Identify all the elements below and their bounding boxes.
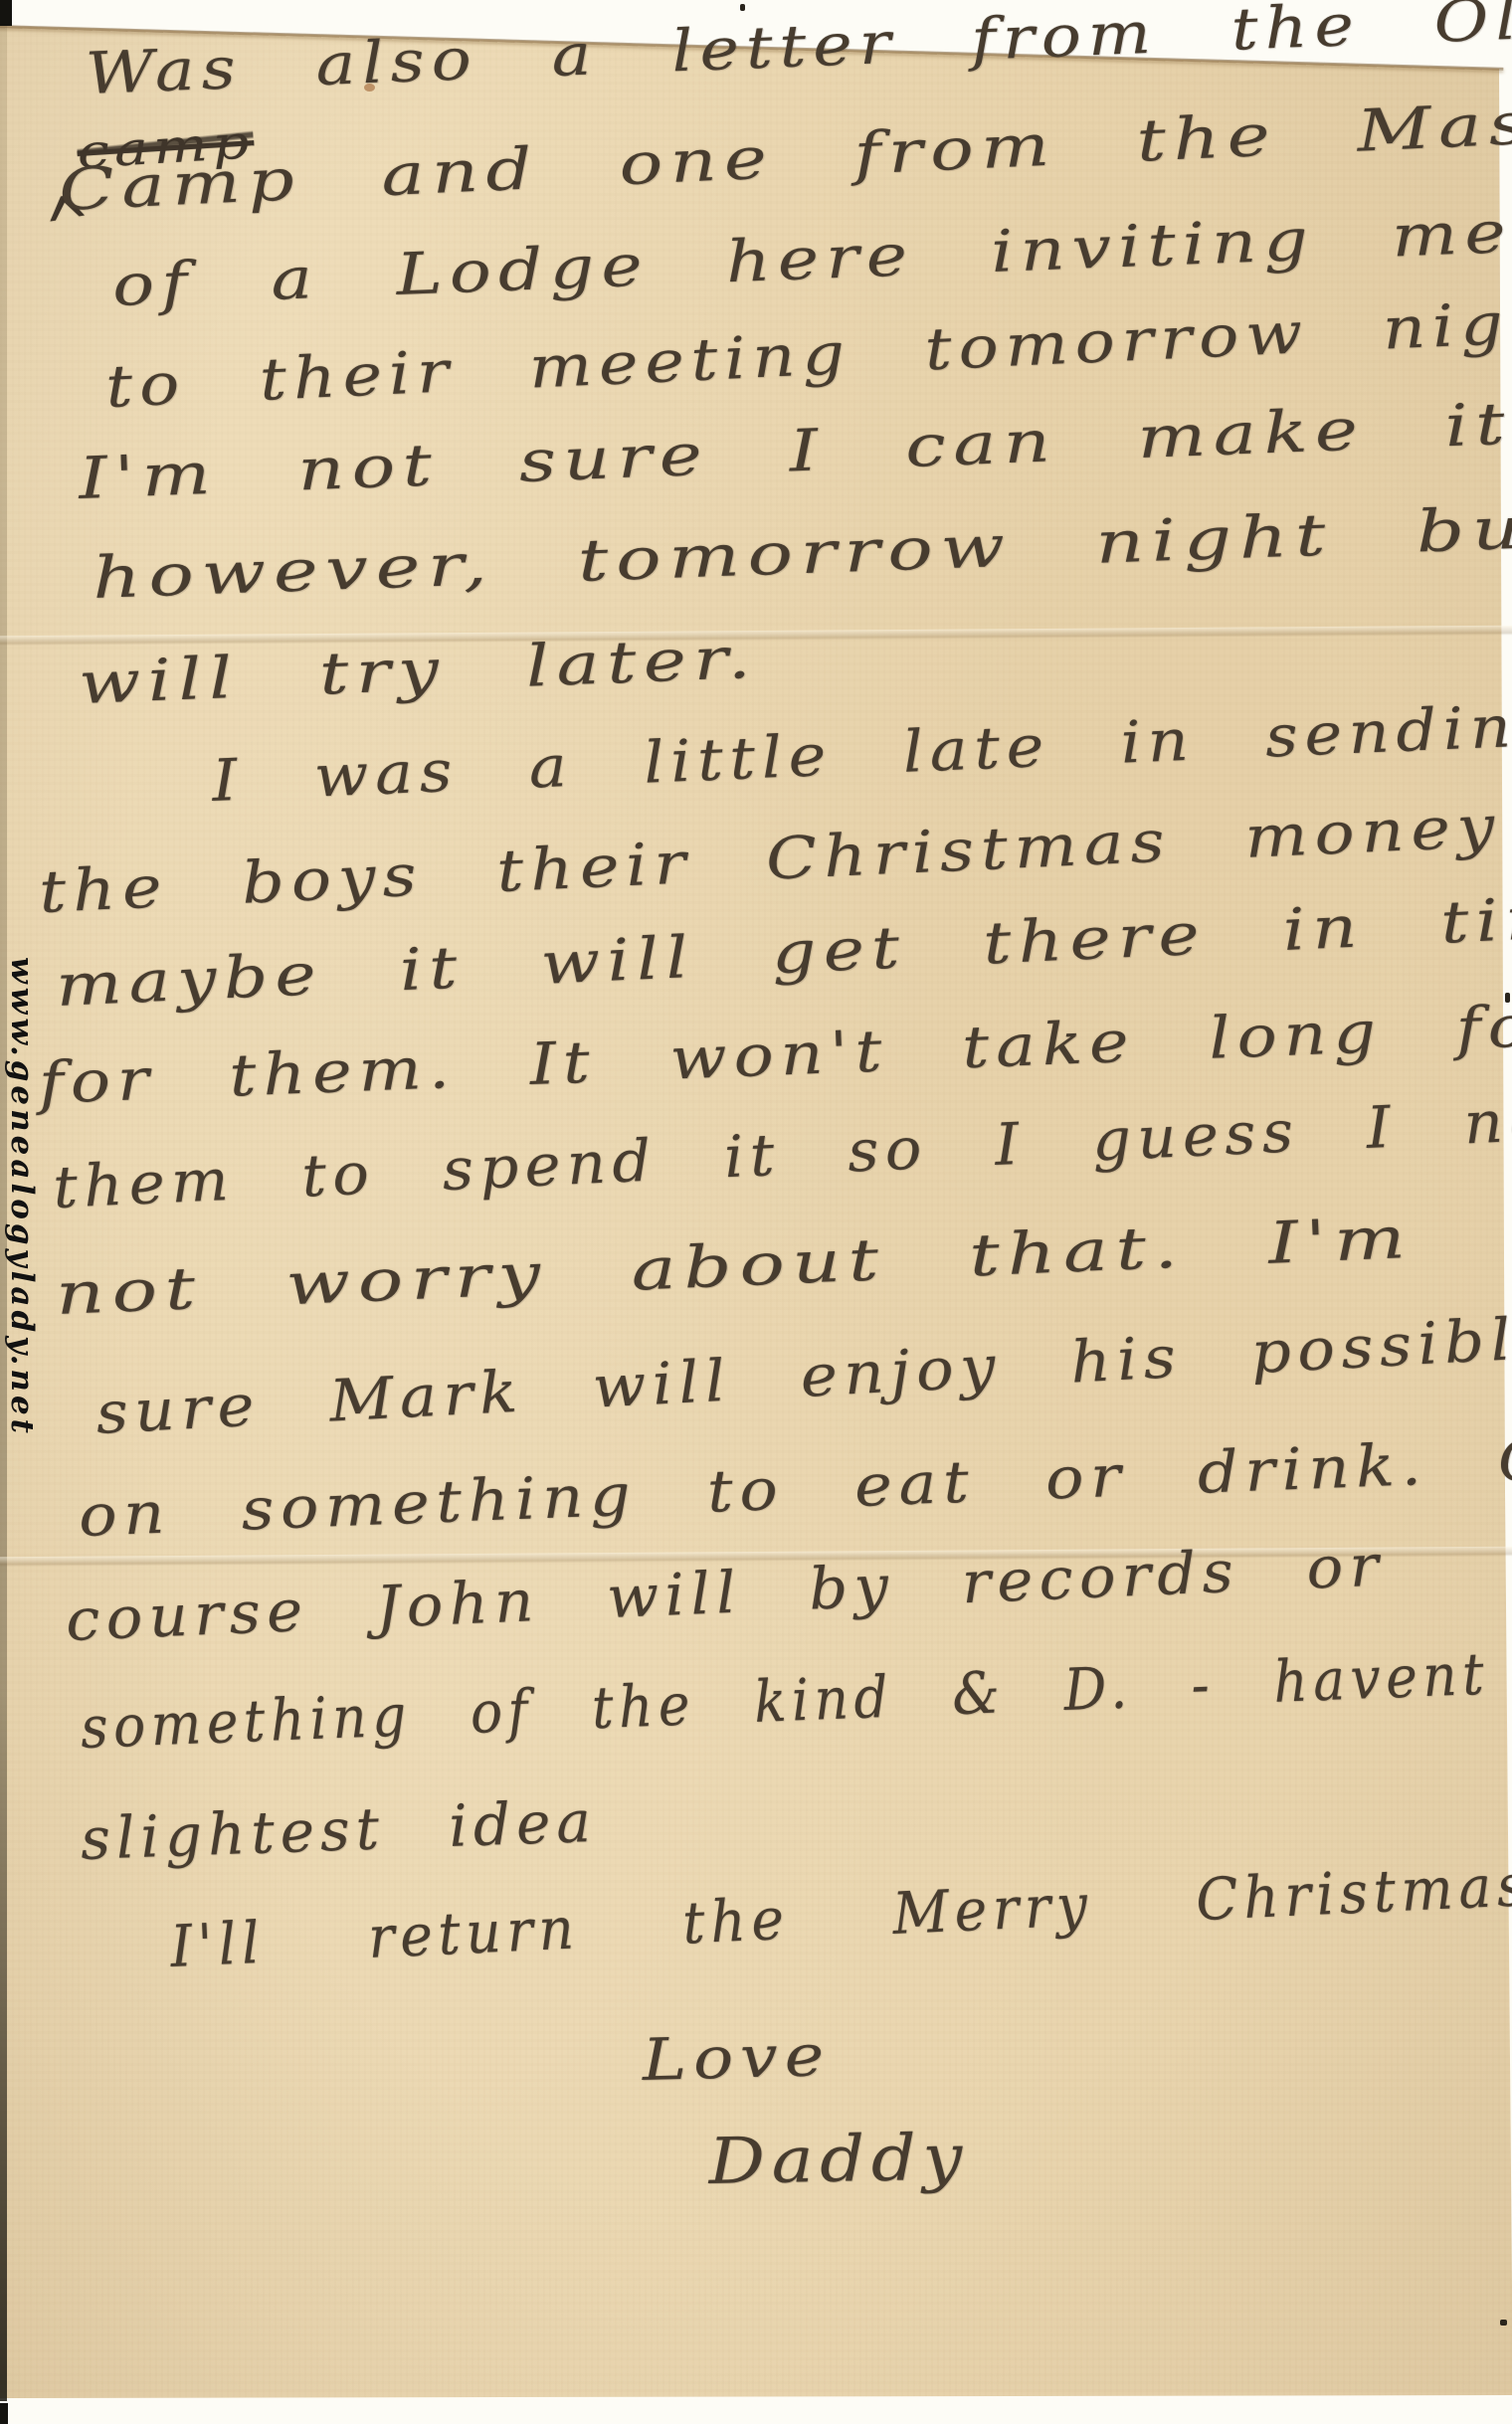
scanner-corner-mark-top-left	[0, 0, 12, 26]
letter-scan: www.genealogylady.net Was also a letter …	[0, 0, 1512, 2424]
valediction: Love	[642, 2026, 832, 2089]
signature: Daddy	[708, 2126, 969, 2194]
scanner-corner-mark-bottom-left	[0, 2403, 8, 2424]
scan-speck	[1500, 2320, 1507, 2326]
watermark: www.genealogylady.net	[4, 957, 40, 1437]
letter-line: slightest idea	[80, 1792, 598, 1868]
scan-speck	[740, 4, 745, 11]
